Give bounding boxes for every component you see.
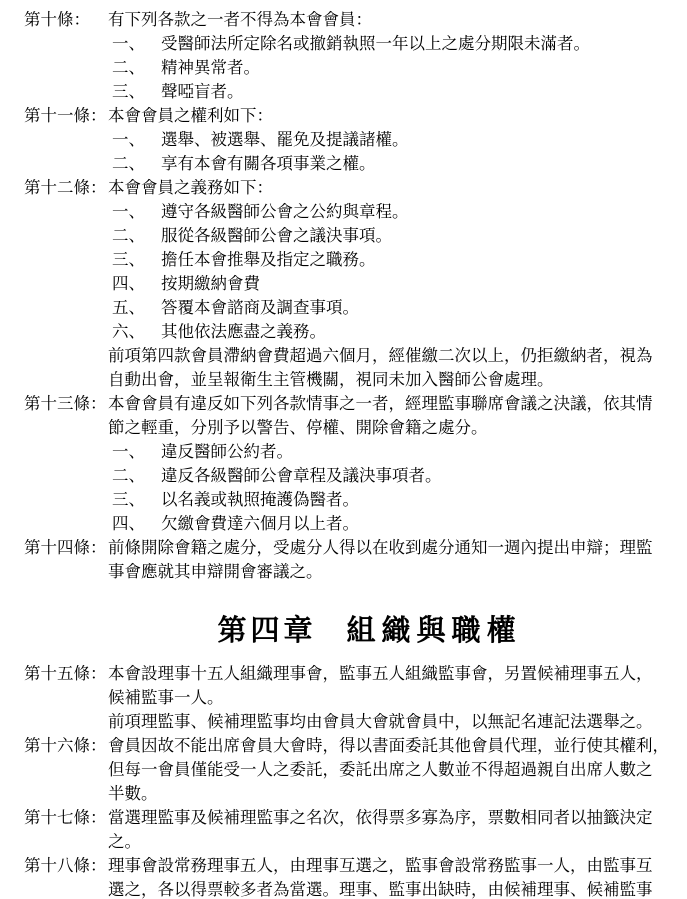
line-text: 當選理監事及候補理監事之名次，依得票多寡為序，票數相同者以抽籤決定	[108, 808, 653, 827]
line-text: 事會應就其申辯開會審議之。	[108, 562, 323, 581]
sub-item-line: 五、答覆本會諮商及調查事項。	[112, 296, 679, 320]
sub-item-line: 三、擔任本會推舉及指定之職務。	[112, 248, 679, 272]
article-line: 第十二條：本會會員之義務如下：	[24, 176, 679, 200]
continuation-line: 事會應就其申辯開會審議之。	[108, 560, 679, 584]
line-text: 以名義或執照掩護偽醫者。	[161, 490, 359, 509]
article-line: 第十七條：當選理監事及候補理監事之名次，依得票多寡為序，票數相同者以抽籤決定	[24, 806, 679, 830]
article-label: 第十七條：	[24, 806, 108, 830]
article-label: 第十一條：	[24, 104, 108, 128]
article-label: 第十三條：	[24, 392, 108, 416]
article-line: 第十五條：本會設理事十五人組織理事會，監事五人組織監事會，另置候補理事五人，	[24, 662, 679, 686]
sub-item-line: 一、選舉、被選舉、罷免及提議諸權。	[112, 128, 679, 152]
continuation-line: 節之輕重，分別予以警告、停權、開除會籍之處分。	[108, 416, 679, 440]
item-marker: 二、	[112, 56, 161, 80]
item-marker: 四、	[112, 512, 161, 536]
line-text: 選之，各以得票較多者為當選。理事、監事出缺時，由候補理事、候補監事	[108, 880, 653, 899]
line-text: 候補監事一人。	[108, 688, 224, 707]
item-marker: 二、	[112, 224, 161, 248]
article-label: 第十四條：	[24, 536, 108, 560]
line-text: 節之輕重，分別予以警告、停權、開除會籍之處分。	[108, 418, 488, 437]
document-body: 第十條：有下列各款之一者不得為本會會員：一、受醫師法所定除名或撤銷執照一年以上之…	[24, 8, 679, 899]
article-label: 第十六條：	[24, 734, 108, 758]
item-marker: 三、	[112, 80, 161, 104]
line-text: 受醫師法所定除名或撤銷執照一年以上之處分期限未滿者。	[161, 34, 590, 53]
line-text: 自動出會，並呈報衛生主管機關，視同未加入醫師公會處理。	[108, 370, 554, 389]
continuation-line: 半數。	[108, 782, 679, 806]
continuation-line: 之。	[108, 830, 679, 854]
line-text: 但每一會員僅能受一人之委託，委託出席之人數並不得超過親自出席人數之	[108, 760, 653, 779]
article-line: 第十六條：會員因故不能出席會員大會時，得以書面委託其他會員代理，並行使其權利，	[24, 734, 679, 758]
article-label: 第十五條：	[24, 662, 108, 686]
line-text: 違反各級醫師公會章程及議決事項者。	[161, 466, 442, 485]
line-text: 前項第四款會員滯納會費超過六個月，經催繳二次以上，仍拒繳納者，視為	[108, 346, 653, 365]
item-marker: 五、	[112, 296, 161, 320]
article-label: 第十二條：	[24, 176, 108, 200]
article-line: 第十八條：理事會設常務理事五人，由理事互選之，監事會設常務監事一人，由監事互	[24, 854, 679, 878]
sub-item-line: 一、受醫師法所定除名或撤銷執照一年以上之處分期限未滿者。	[112, 32, 679, 56]
line-text: 擔任本會推舉及指定之職務。	[161, 250, 376, 269]
line-text: 之。	[108, 832, 141, 851]
line-text: 前條開除會籍之處分，受處分人得以在收到處分通知一週內提出申辯；理監	[108, 538, 653, 557]
sub-item-line: 六、其他依法應盡之義務。	[112, 320, 679, 344]
sub-item-line: 四、按期繳納會費	[112, 272, 679, 296]
line-text: 其他依法應盡之義務。	[161, 322, 326, 341]
article-label: 第十條：	[24, 8, 108, 32]
line-text: 理事會設常務理事五人，由理事互選之，監事會設常務監事一人，由監事互	[108, 856, 653, 875]
item-marker: 一、	[112, 200, 161, 224]
chapter-heading: 第四章組織與職權	[24, 610, 679, 650]
item-marker: 二、	[112, 152, 161, 176]
continuation-line: 候補監事一人。	[108, 686, 679, 710]
chapter-title: 組織與職權	[347, 613, 522, 647]
line-text: 選舉、被選舉、罷免及提議諸權。	[161, 130, 409, 149]
line-text: 享有本會有關各項事業之權。	[161, 154, 376, 173]
line-text: 答覆本會諮商及調查事項。	[161, 298, 359, 317]
line-text: 聲啞盲者。	[161, 82, 244, 101]
line-text: 遵守各級醫師公會之公約與章程。	[161, 202, 409, 221]
sub-item-line: 三、以名義或執照掩護偽醫者。	[112, 488, 679, 512]
continuation-line: 前項理監事、候補理監事均由會員大會就會員中，以無記名連記法選舉之。	[108, 710, 679, 734]
item-marker: 二、	[112, 464, 161, 488]
sub-item-line: 二、違反各級醫師公會章程及議決事項者。	[112, 464, 679, 488]
line-text: 半數。	[108, 784, 158, 803]
item-marker: 三、	[112, 248, 161, 272]
line-text: 服從各級醫師公會之議決事項。	[161, 226, 392, 245]
item-marker: 六、	[112, 320, 161, 344]
line-text: 本會會員之義務如下：	[108, 178, 273, 197]
item-marker: 一、	[112, 128, 161, 152]
line-text: 本會會員有違反如下列各款情事之一者，經理監事聯席會議之決議，依其情	[108, 394, 653, 413]
sub-item-line: 二、精神異常者。	[112, 56, 679, 80]
item-marker: 一、	[112, 440, 161, 464]
article-line: 第十三條：本會會員有違反如下列各款情事之一者，經理監事聯席會議之決議，依其情	[24, 392, 679, 416]
article-line: 第十條：有下列各款之一者不得為本會會員：	[24, 8, 679, 32]
line-text: 違反醫師公約者。	[161, 442, 293, 461]
item-marker: 一、	[112, 32, 161, 56]
sub-item-line: 二、服從各級醫師公會之議決事項。	[112, 224, 679, 248]
line-text: 本會會員之權利如下：	[108, 106, 273, 125]
sub-item-line: 二、享有本會有關各項事業之權。	[112, 152, 679, 176]
line-text: 精神異常者。	[161, 58, 260, 77]
continuation-line: 前項第四款會員滯納會費超過六個月，經催繳二次以上，仍拒繳納者，視為	[108, 344, 679, 368]
line-text: 有下列各款之一者不得為本會會員：	[108, 10, 372, 29]
document-page: 第十條：有下列各款之一者不得為本會會員：一、受醫師法所定除名或撤銷執照一年以上之…	[0, 0, 687, 899]
line-text: 按期繳納會費	[161, 274, 260, 293]
line-text: 前項理監事、候補理監事均由會員大會就會員中，以無記名連記法選舉之。	[108, 712, 653, 731]
line-text: 會員因故不能出席會員大會時，得以書面委託其他會員代理，並行使其權利，	[108, 736, 669, 755]
item-marker: 四、	[112, 272, 161, 296]
sub-item-line: 四、欠繳會費達六個月以上者。	[112, 512, 679, 536]
article-label: 第十八條：	[24, 854, 108, 878]
line-text: 本會設理事十五人組織理事會，監事五人組織監事會，另置候補理事五人，	[108, 664, 653, 683]
article-line: 第十四條：前條開除會籍之處分，受處分人得以在收到處分通知一週內提出申辯；理監	[24, 536, 679, 560]
continuation-line: 自動出會，並呈報衛生主管機關，視同未加入醫師公會處理。	[108, 368, 679, 392]
item-marker: 三、	[112, 488, 161, 512]
sub-item-line: 一、遵守各級醫師公會之公約與章程。	[112, 200, 679, 224]
sub-item-line: 一、違反醫師公約者。	[112, 440, 679, 464]
sub-item-line: 三、聲啞盲者。	[112, 80, 679, 104]
chapter-number: 第四章	[217, 613, 316, 647]
article-line: 第十一條：本會會員之權利如下：	[24, 104, 679, 128]
line-text: 欠繳會費達六個月以上者。	[161, 514, 359, 533]
continuation-line: 但每一會員僅能受一人之委託，委託出席之人數並不得超過親自出席人數之	[108, 758, 679, 782]
continuation-line: 選之，各以得票較多者為當選。理事、監事出缺時，由候補理事、候補監事	[108, 878, 679, 899]
